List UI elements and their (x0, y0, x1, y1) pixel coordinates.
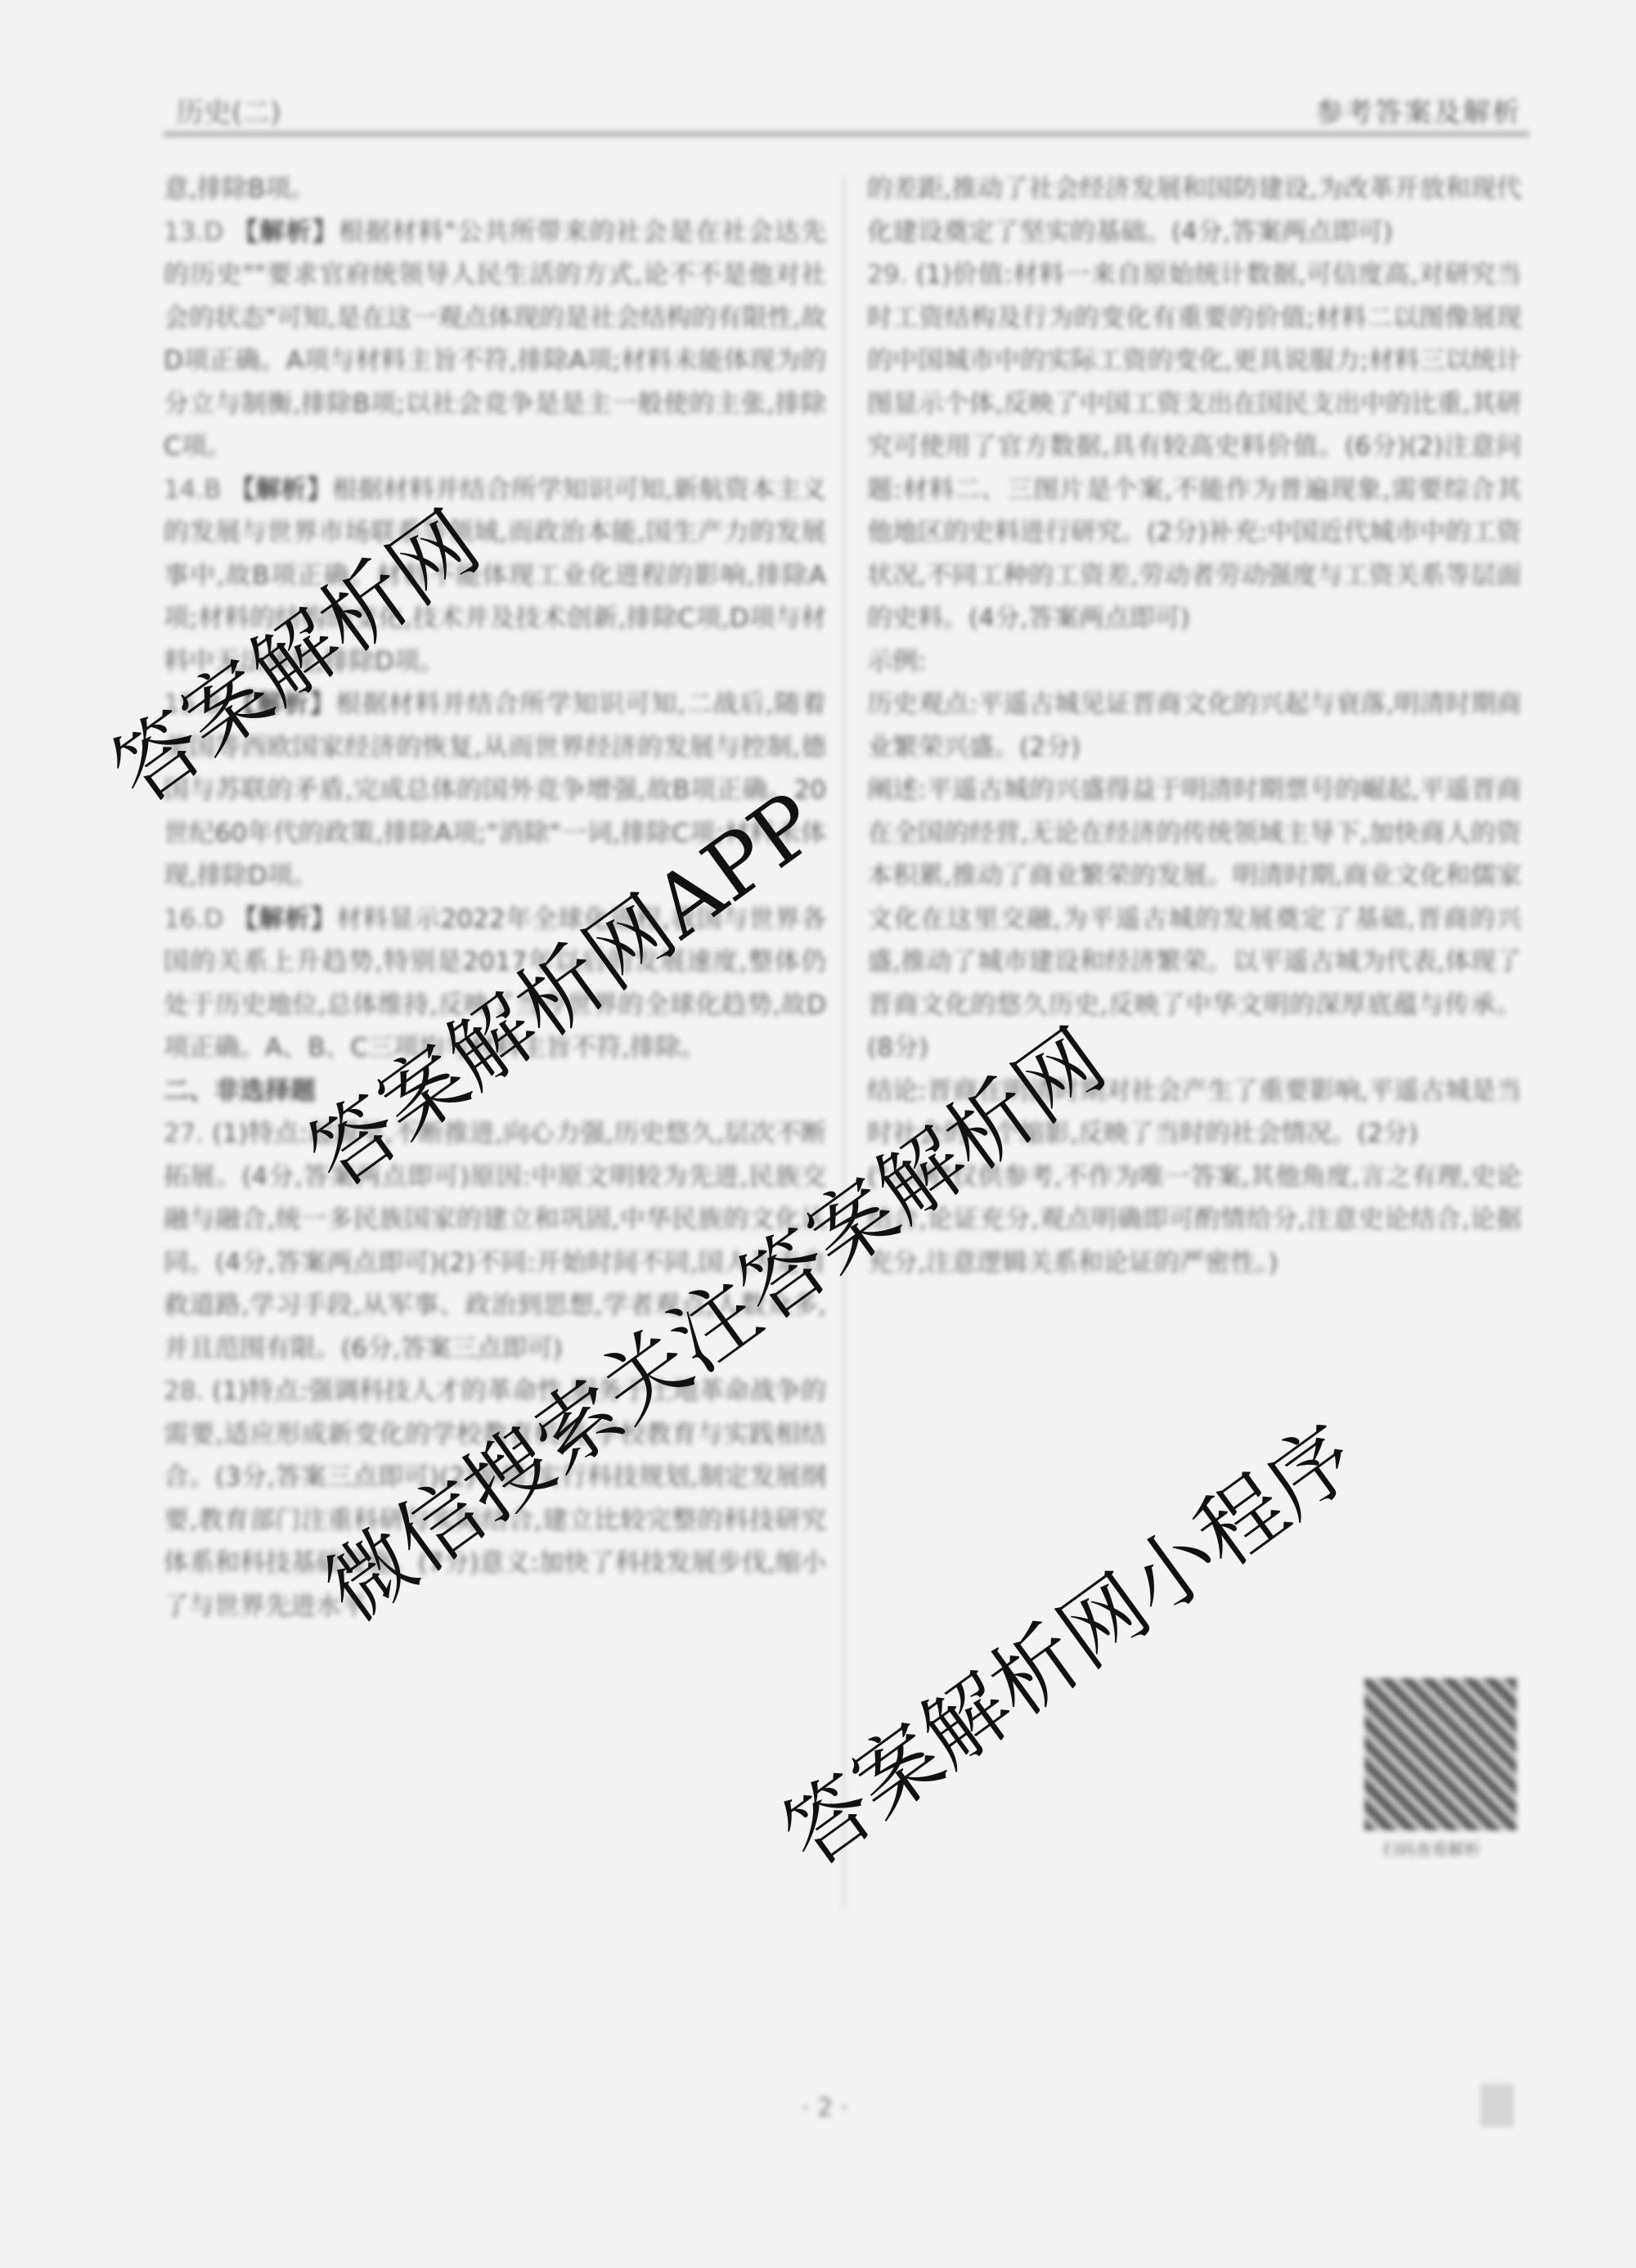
answer-paragraph: 历史观点:平遥古城见证晋商文化的兴起与衰落,明清时期商业繁荣兴盛。(2分) (867, 683, 1521, 769)
question-number: 16.D (164, 905, 223, 934)
question-number: 14.B (164, 475, 222, 505)
question-number: 29. (867, 260, 907, 290)
paragraph-text: 的差距,推动了社会经济发展和国防建设,为改革开放和现代化建设奠定了坚实的基础。(… (867, 174, 1521, 247)
question-number: 28. (164, 1377, 204, 1406)
paragraph-text: 示例: (867, 647, 926, 676)
header-subject: 历史(二) (176, 90, 281, 130)
paragraph-text: 意,排除B项。 (164, 174, 316, 204)
corner-badge (1481, 2084, 1513, 2127)
answer-paragraph: 示例: (867, 640, 1521, 684)
analysis-tag: 【解析】 (231, 905, 336, 934)
question-number: 13.D (164, 218, 223, 247)
column-divider (843, 176, 845, 1910)
analysis-tag: 【解析】 (231, 218, 339, 247)
analysis-tag: 【解析】 (230, 475, 332, 505)
page-number: · 2 · (802, 2094, 848, 2122)
qr-caption: 扫码查看解析 (1382, 1836, 1481, 1860)
header-rule (164, 131, 1530, 137)
paragraph-text: 历史观点:平遥古城见证晋商文化的兴起与衰落,明清时期商业繁荣兴盛。(2分) (867, 689, 1521, 762)
answer-paragraph: 的差距,推动了社会经济发展和国防建设,为改革开放和现代化建设奠定了坚实的基础。(… (867, 168, 1521, 254)
paragraph-text: 根据材料"公共所带来的社会是在社会达先的历史""要求官府统领导人民生活的方式,论… (164, 218, 826, 462)
qr-code[interactable] (1364, 1678, 1517, 1830)
header-title: 参考答案及解析 (1315, 90, 1521, 130)
answer-paragraph: 意,排除B项。 (164, 168, 826, 211)
paragraph-text: 阐述:平遥古城的兴盛得益于明清时期票号的崛起,平遥晋商在全国的经营,无论在经济的… (867, 775, 1521, 1062)
question-number: 27. (164, 1119, 204, 1148)
answer-paragraph: 29.(1)价值:材料一来自原始统计数据,可信度高,对研究当时工资结构及行为的变… (867, 254, 1521, 640)
answer-paragraph: 13.D【解析】根据材料"公共所带来的社会是在社会达先的历史""要求官府统领导人… (164, 211, 826, 469)
paragraph-text: (1)价值:材料一来自原始统计数据,可信度高,对研究当时工资结构及行为的变化有重… (867, 260, 1521, 633)
document-page: 历史(二) 参考答案及解析 意,排除B项。 13.D【解析】根据材料"公共所带来… (0, 0, 1636, 2268)
answer-paragraph: 阐述:平遥古城的兴盛得益于明清时期票号的崛起,平遥晋商在全国的经营,无论在经济的… (867, 769, 1521, 1070)
